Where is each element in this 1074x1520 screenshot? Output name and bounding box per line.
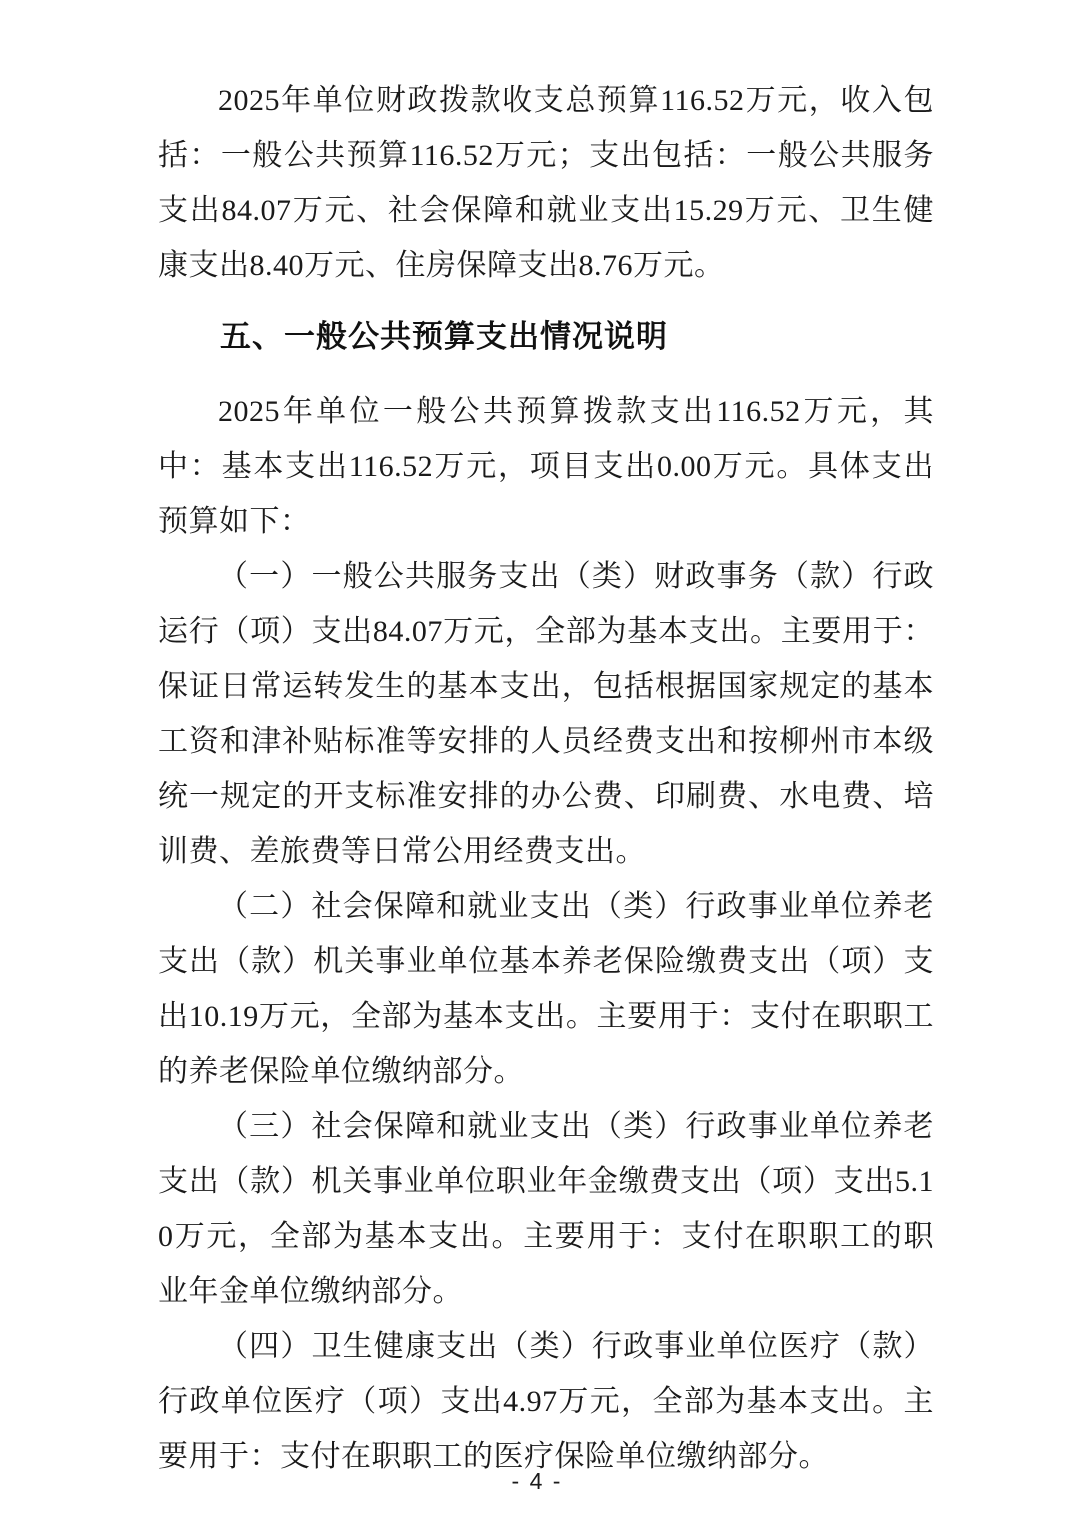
paragraph-item-2-pension-insurance: （二）社会保障和就业支出（类）行政事业单位养老支出（款）机关事业单位基本养老保险…: [158, 879, 934, 1099]
paragraph-expenditure-summary: 2025年单位一般公共预算拨款支出116.52万元，其中：基本支出116.52万…: [158, 384, 934, 549]
paragraph-item-3-occupational-annuity: （三）社会保障和就业支出（类）行政事业单位养老支出（款）机关事业单位职业年金缴费…: [158, 1099, 934, 1319]
section-heading-general-budget-expenditure: 五、一般公共预算支出情况说明: [158, 309, 934, 364]
paragraph-item-4-health-expenditure: （四）卫生健康支出（类）行政事业单位医疗（款）行政单位医疗（项）支出4.97万元…: [158, 1319, 934, 1484]
paragraph-fiscal-appropriation-overview: 2025年单位财政拨款收支总预算116.52万元，收入包括：一般公共预算116.…: [158, 73, 934, 293]
page-body: 2025年单位财政拨款收支总预算116.52万元，收入包括：一般公共预算116.…: [158, 73, 934, 1484]
document-page: 2025年单位财政拨款收支总预算116.52万元，收入包括：一般公共预算116.…: [0, 0, 1074, 1520]
paragraph-item-1-general-public-services: （一）一般公共服务支出（类）财政事务（款）行政运行（项）支出84.07万元，全部…: [158, 549, 934, 879]
page-number: - 4 -: [0, 1468, 1074, 1495]
